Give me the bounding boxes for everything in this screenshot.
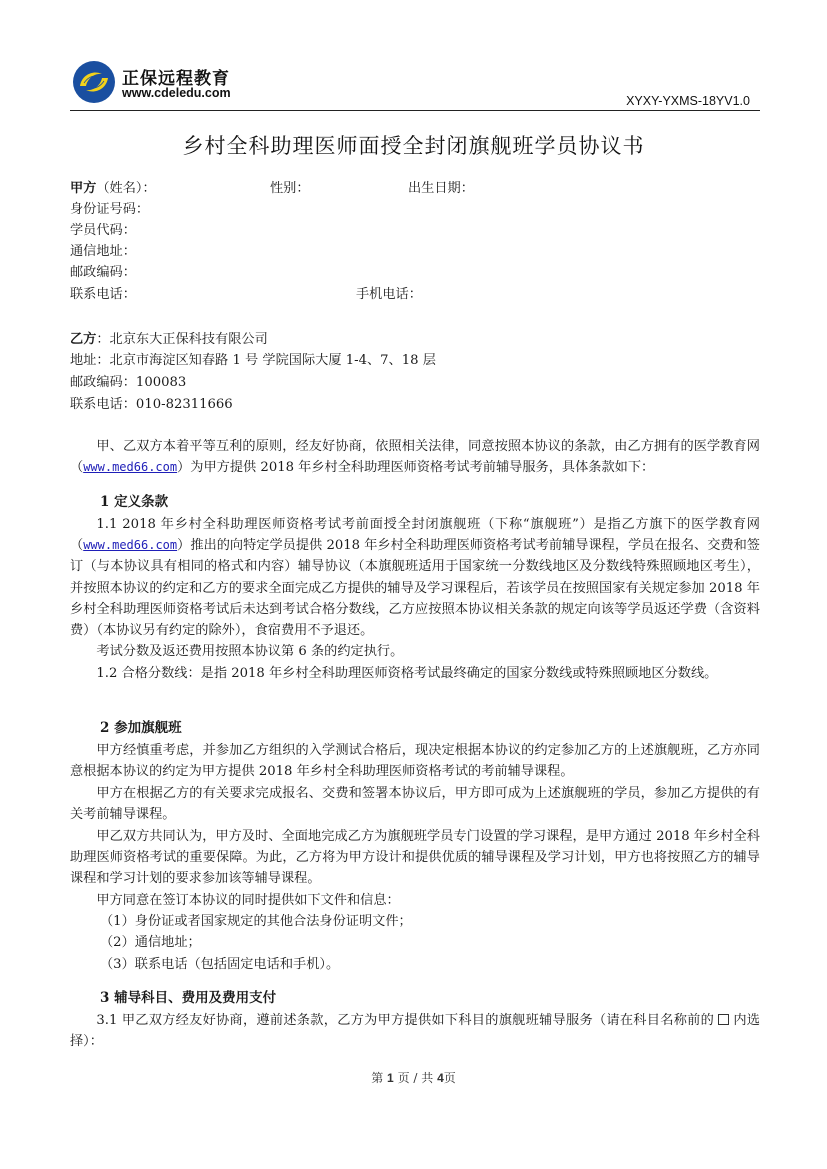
page-footer: 第 1 页 / 共 4页 [0,1069,827,1086]
party-b-label: 乙方 [70,332,96,347]
student-code-label: 学员代码： [70,220,136,241]
section-1-heading: 1 定义条款 [100,492,168,513]
logo-url: www.cdeledu.com [122,86,231,100]
party-a-label: 甲方 [70,181,96,196]
gender-label: 性别： [270,178,310,199]
id-number-label: 身份证号码： [70,199,149,220]
document-code: XYXY-YXMS-18YV1.0 [626,94,750,108]
party-b-phone: 联系电话：010-82311666 [70,394,233,415]
med66-link-2[interactable]: www.med66.com [83,538,177,552]
postcode-label: 邮政编码： [70,262,136,283]
phone-label: 联系电话： [70,284,136,305]
page-current: 1 [387,1071,394,1085]
birth-date-label: 出生日期： [408,178,474,199]
document-title: 乡村全科助理医师面授全封闭旗舰班学员协议书 [0,130,827,160]
party-b-name: 乙方：北京东大正保科技有限公司 [70,329,268,350]
checkbox-icon [718,1014,729,1025]
page-prefix: 第 [371,1071,383,1085]
section-2-paragraph-2: 甲方在根据乙方的有关要求完成报名、交费和签署本协议后，甲方即可成为上述旗舰班的学… [70,783,760,825]
intro-text-2: ）为甲方提供 2018 年乡村全科助理医师资格考试考前辅导服务，具体条款如下： [177,460,654,475]
name-label: （姓名）： [96,181,155,196]
list-item: （1）身份证或者国家规定的其他合法身份证明文件； [100,911,412,932]
address-label: 通信地址： [70,241,136,262]
section-2-paragraph-3: 甲乙双方共同认为，甲方及时、全面地完成乙方为旗舰班学员专门设置的学习课程，是甲方… [70,826,760,890]
page-mid: 页 / 共 [398,1071,434,1085]
list-item: （3）联系电话（包括固定电话和手机）。 [100,954,339,975]
section-2-paragraph-1: 甲方经慎重考虑，并参加乙方组织的入学测试合格后，现决定根据本协议的约定参加乙方的… [70,740,760,782]
mobile-label: 手机电话： [356,284,422,305]
section-1-paragraph-2: 考试分数及返还费用按照本协议第 6 条的约定执行。 [70,641,760,662]
section-2-heading: 2 参加旗舰班 [100,718,182,739]
s3-text-1: 3.1 甲乙双方经友好协商，遵前述条款，乙方为甲方提供如下科目的旗舰班辅导服务（… [96,1013,714,1028]
logo-icon [72,60,116,104]
s1-text-2: ）推出的向特定学员提供 2018 年乡村全科助理医师资格考试考前辅导课程，学员在… [70,538,760,638]
list-item: （2）通信地址； [100,932,201,953]
party-b-address: 地址：北京市海淀区知春路 1 号 学院国际大厦 1-4、7、18 层 [70,350,436,371]
party-a-name-field: 甲方（姓名）： [70,178,156,199]
section-1-paragraph-1: 1.1 2018 年乡村全科助理医师资格考试考前面授全封闭旗舰班（下称“旗舰班”… [70,514,760,641]
document-header: 正保远程教育 www.cdeledu.com XYXY-YXMS-18YV1.0 [70,58,760,108]
section-3-heading: 3 辅导科目、费用及费用支付 [100,988,276,1009]
header-divider [70,110,760,111]
section-3-paragraph-1: 3.1 甲乙双方经友好协商，遵前述条款，乙方为甲方提供如下科目的旗舰班辅导服务（… [70,1010,760,1052]
party-b-company: ：北京东大正保科技有限公司 [96,332,267,347]
page-total: 4 [437,1071,444,1085]
page-suffix: 页 [444,1071,456,1085]
section-1-paragraph-3: 1.2 合格分数线：是指 2018 年乡村全科助理医师资格考试最终确定的国家分数… [70,663,760,684]
med66-link[interactable]: www.med66.com [83,460,177,474]
intro-paragraph: 甲、乙双方本着平等互利的原则，经友好协商，依照相关法律，同意按照本协议的条款，由… [70,436,760,478]
section-2-paragraph-4: 甲方同意在签订本协议的同时提供如下文件和信息： [70,890,760,911]
party-b-postcode: 邮政编码：100083 [70,372,186,393]
